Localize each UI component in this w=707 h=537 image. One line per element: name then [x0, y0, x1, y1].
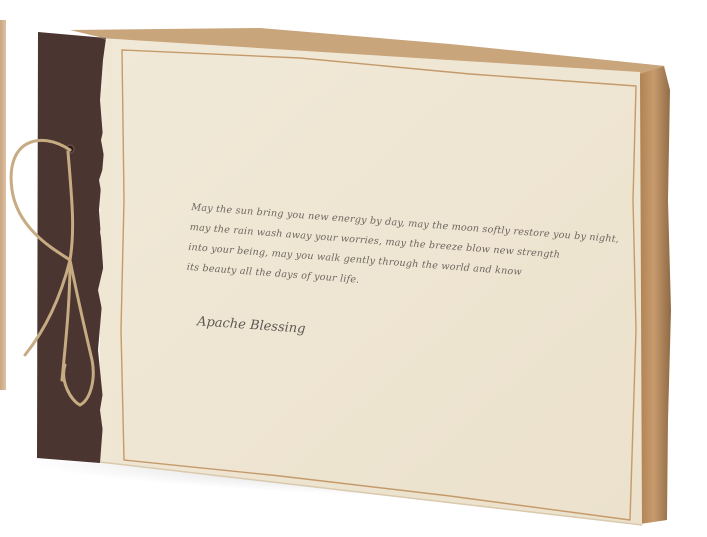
- product-photo: May the sun bring you new energy by day,…: [0, 0, 707, 537]
